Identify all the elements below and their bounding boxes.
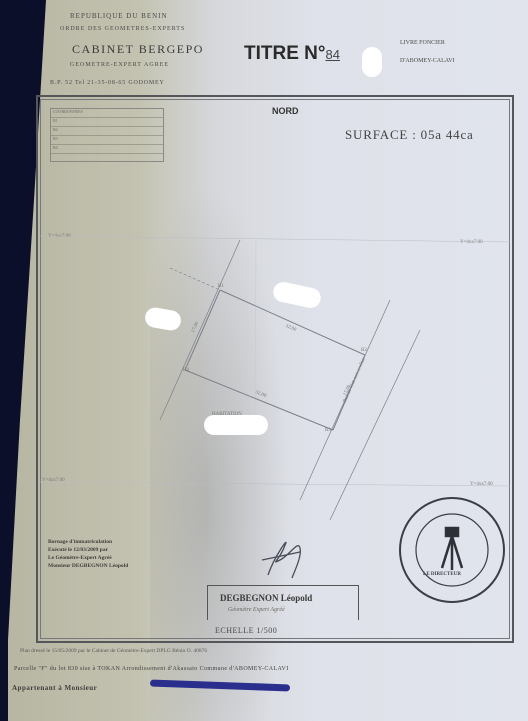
theodolite-tripod-icon — [442, 528, 462, 570]
official-stamp — [0, 0, 528, 721]
footer-line-2: Parcelle "F" du lot 830 sise à TOKAN Arr… — [14, 666, 289, 672]
footer-line-1: Plan dressé le 15/05/2009 par le Cabinet… — [20, 648, 207, 654]
stamp-director-text: LE DIRECTEUR — [423, 572, 461, 577]
footer-line-3: Appartenant à Monsieur — [12, 684, 97, 692]
